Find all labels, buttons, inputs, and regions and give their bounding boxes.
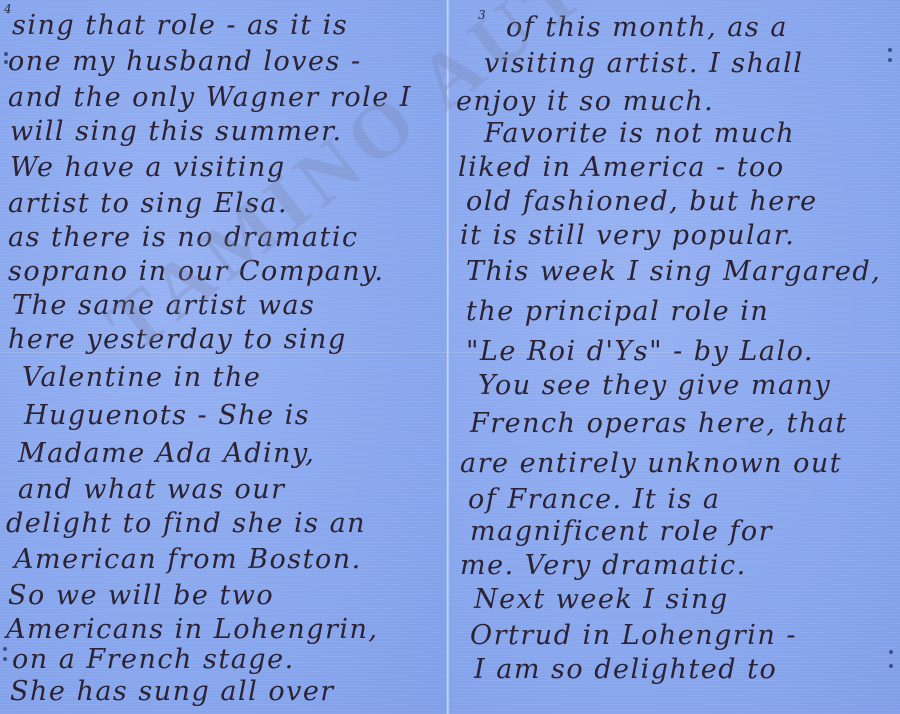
text-line: old fashioned, but here [466,186,818,217]
text-line: of this month, as a [506,12,788,43]
text-line: magnificent role for [470,516,773,547]
text-line: This week I sing Margared, [466,256,881,287]
text-line: Next week I sing [474,584,729,615]
text-line: French operas here, that [470,408,848,439]
text-line: of France. It is a [468,484,721,515]
right-page-text: of this month, as a visiting artist. I s… [0,0,900,714]
text-line: visiting artist. I shall [484,48,803,79]
text-line: it is still very popular. [460,220,795,251]
text-line: me. Very dramatic. [460,550,747,581]
text-line: the principal role in [466,296,769,327]
text-line: Favorite is not much [484,118,795,149]
text-line: are entirely unknown out [460,448,842,479]
text-line: You see they give many [478,370,831,401]
text-line: I am so delighted to [474,654,777,685]
text-line: Ortrud in Lohengrin - [470,620,797,651]
text-line: "Le Roi d'Ys" - by Lalo. [466,336,814,367]
text-line: enjoy it so much. [456,86,714,117]
text-line: liked in America - too [458,152,785,183]
